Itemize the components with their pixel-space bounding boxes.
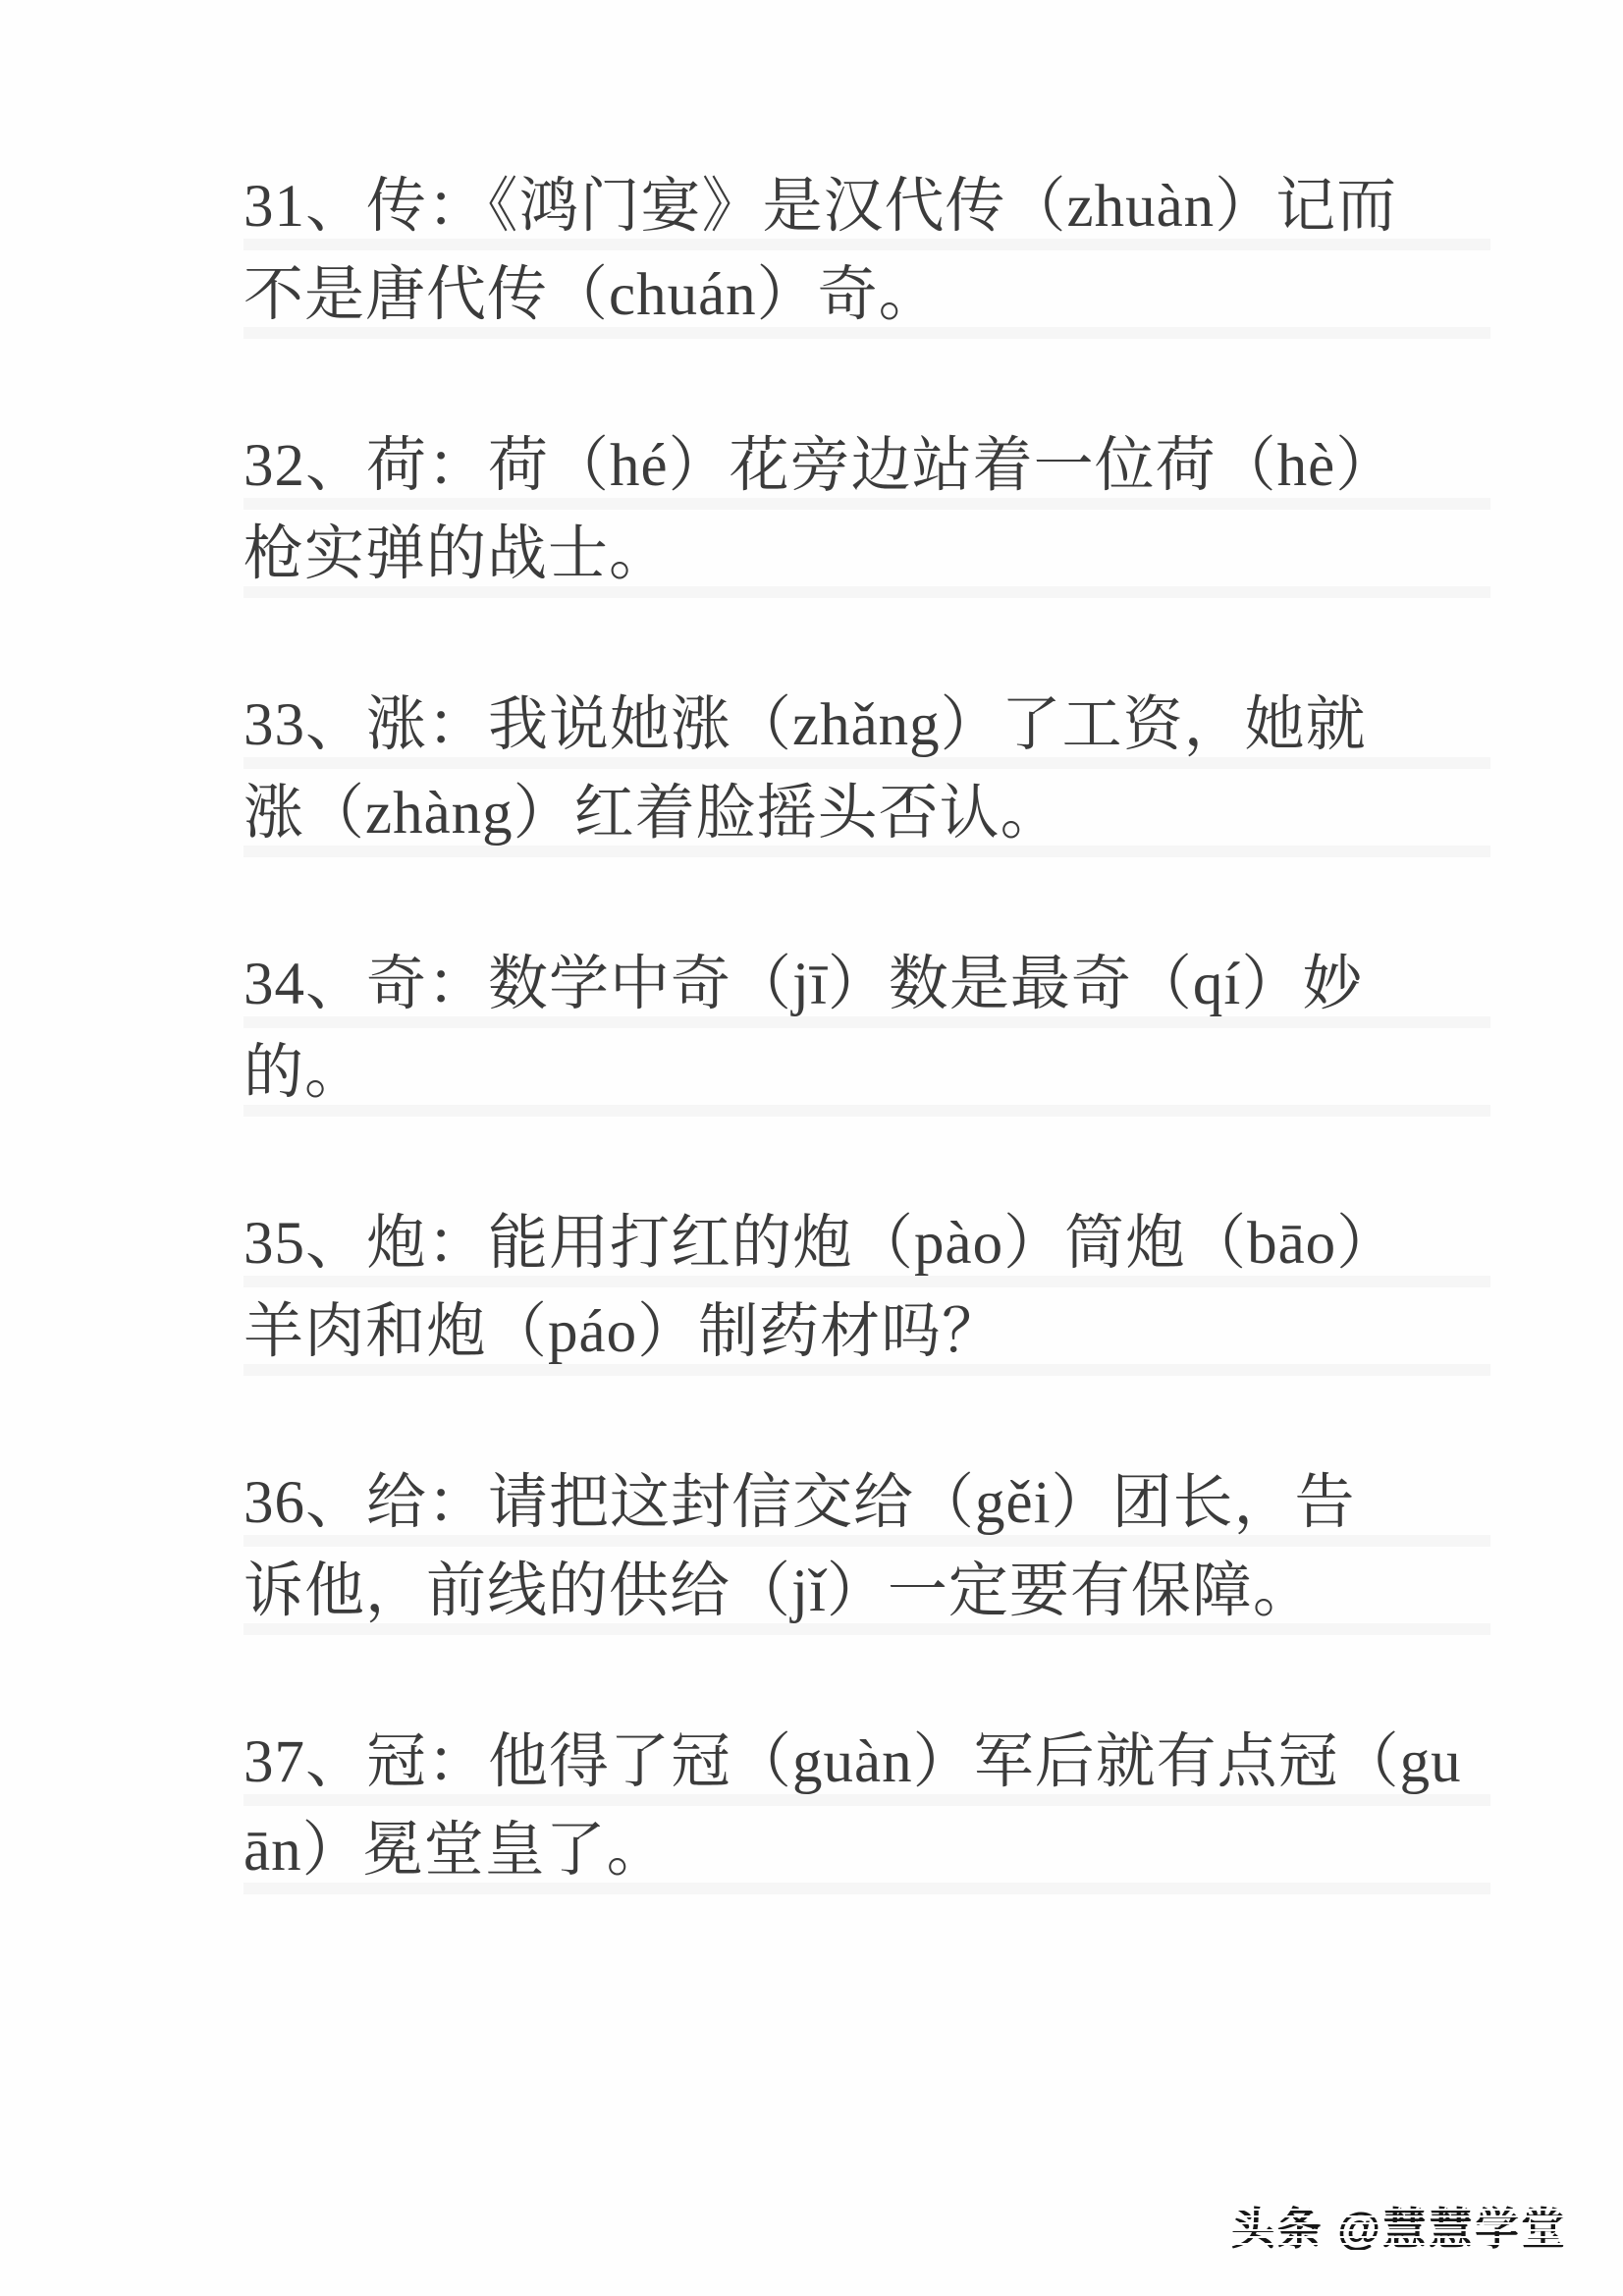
item-line: 涨（zhàng）红着脸摇头否认。 bbox=[243, 770, 1490, 858]
item-line: 34、奇：数学中奇（jī）数是最奇（qí）妙 bbox=[243, 941, 1490, 1029]
item-line: 36、给：请把这封信交给（gěi）团长，告 bbox=[243, 1459, 1490, 1548]
watermark: 头条 @慧慧学堂 bbox=[1231, 2193, 1567, 2257]
item-line: 羊肉和炮（páo）制药材吗？ bbox=[243, 1288, 1490, 1377]
item-line: 不是唐代传（chuán）奇。 bbox=[243, 251, 1490, 340]
item-line: 枪实弹的战士。 bbox=[243, 511, 1490, 599]
polyphone-word-list: 31、传：《鸿门宴》是汉代传（zhuàn）记而 不是唐代传（chuán）奇。 3… bbox=[243, 163, 1490, 1978]
item-line: 32、荷：荷（hé）花旁边站着一位荷（hè） bbox=[243, 422, 1490, 511]
list-item: 31、传：《鸿门宴》是汉代传（zhuàn）记而 不是唐代传（chuán）奇。 bbox=[243, 163, 1490, 340]
list-item: 34、奇：数学中奇（jī）数是最奇（qí）妙 的。 bbox=[243, 941, 1490, 1118]
item-line: 诉他，前线的供给（jǐ）一定要有保障。 bbox=[243, 1548, 1490, 1636]
list-item: 33、涨：我说她涨（zhǎng）了工资，她就 涨（zhàng）红着脸摇头否认。 bbox=[243, 682, 1490, 858]
item-line: 33、涨：我说她涨（zhǎng）了工资，她就 bbox=[243, 682, 1490, 770]
list-item: 36、给：请把这封信交给（gěi）团长，告 诉他，前线的供给（jǐ）一定要有保障… bbox=[243, 1459, 1490, 1636]
list-item: 37、冠：他得了冠（guàn）军后就有点冠（gu ān）冕堂皇了。 bbox=[243, 1719, 1490, 1895]
item-line: ān）冕堂皇了。 bbox=[243, 1807, 1490, 1895]
item-line: 37、冠：他得了冠（guàn）军后就有点冠（gu bbox=[243, 1719, 1490, 1807]
list-item: 35、炮：能用打红的炮（pào）筒炮（bāo） 羊肉和炮（páo）制药材吗？ bbox=[243, 1200, 1490, 1377]
item-line: 31、传：《鸿门宴》是汉代传（zhuàn）记而 bbox=[243, 163, 1490, 251]
item-line: 的。 bbox=[243, 1029, 1490, 1118]
document-page: 31、传：《鸿门宴》是汉代传（zhuàn）记而 不是唐代传（chuán）奇。 3… bbox=[0, 0, 1623, 2296]
item-line: 35、炮：能用打红的炮（pào）筒炮（bāo） bbox=[243, 1200, 1490, 1288]
list-item: 32、荷：荷（hé）花旁边站着一位荷（hè） 枪实弹的战士。 bbox=[243, 422, 1490, 599]
